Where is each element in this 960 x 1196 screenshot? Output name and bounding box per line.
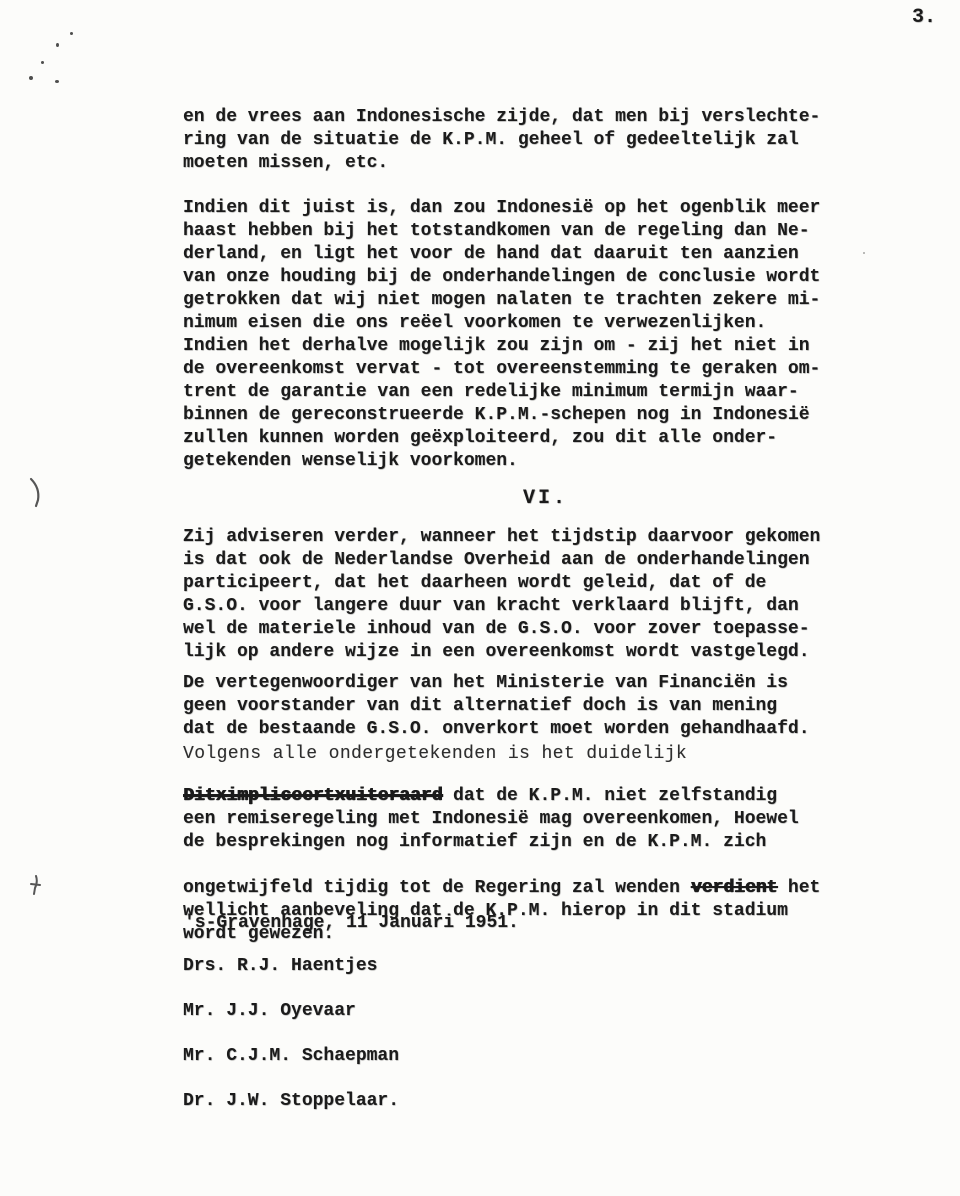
margin-pencil-mark [28, 476, 44, 510]
signature-oyevaar: Mr. J.J. Oyevaar [183, 1000, 356, 1023]
ink-speck [70, 32, 73, 35]
ink-speck [29, 76, 33, 80]
page-number: 3. [912, 6, 936, 29]
section-heading-vi: VI. [523, 487, 568, 510]
line4-start: ongetwijfeld tijdig tot de Regering zal … [183, 878, 691, 898]
ink-speck [863, 252, 865, 254]
signature-stoppelaar: Dr. J.W. Stoppelaar. [183, 1090, 399, 1113]
paragraph-zij-adviseren: Zij adviseren verder, wanneer het tijdst… [183, 526, 863, 664]
inserted-line-volgens: Volgens alle ondergetekenden is het duid… [183, 744, 687, 764]
signature-haentjes: Drs. R.J. Haentjes [183, 955, 377, 978]
line1-rest: dat de K.P.M. niet zelfstandig [442, 786, 777, 806]
overstruck-word-verdient: verdient [691, 878, 777, 898]
margin-pencil-mark [28, 874, 44, 898]
ink-speck [56, 43, 59, 47]
paragraph-indien-dit-juist: Indien dit juist is, dan zou Indonesië o… [183, 197, 843, 473]
date-place-line: 's-Gravenhage, 11 Januari 1951. [184, 912, 519, 935]
struck-out-text: Ditximpliceertxuiteraard [183, 786, 442, 806]
paragraph-dit-impliceert: Ditximpliceertxuiteraard dat de K.P.M. n… [183, 762, 863, 969]
signature-schaepman: Mr. C.J.M. Schaepman [183, 1045, 399, 1068]
ink-speck [41, 61, 44, 64]
ink-speck [55, 80, 59, 83]
lines-2-3: een remiseregeling met Indonesië mag ove… [183, 808, 863, 854]
paragraph-vrees-kpm: en de vrees aan Indonesische zijde, dat … [183, 106, 843, 175]
line4-end: het [777, 878, 820, 898]
paragraph-vertegenwoordiger-financien: De vertegenwoordiger van het Ministerie … [183, 672, 843, 741]
document-page: 3. en de vrees aan Indonesische zijde, d… [0, 0, 960, 1196]
